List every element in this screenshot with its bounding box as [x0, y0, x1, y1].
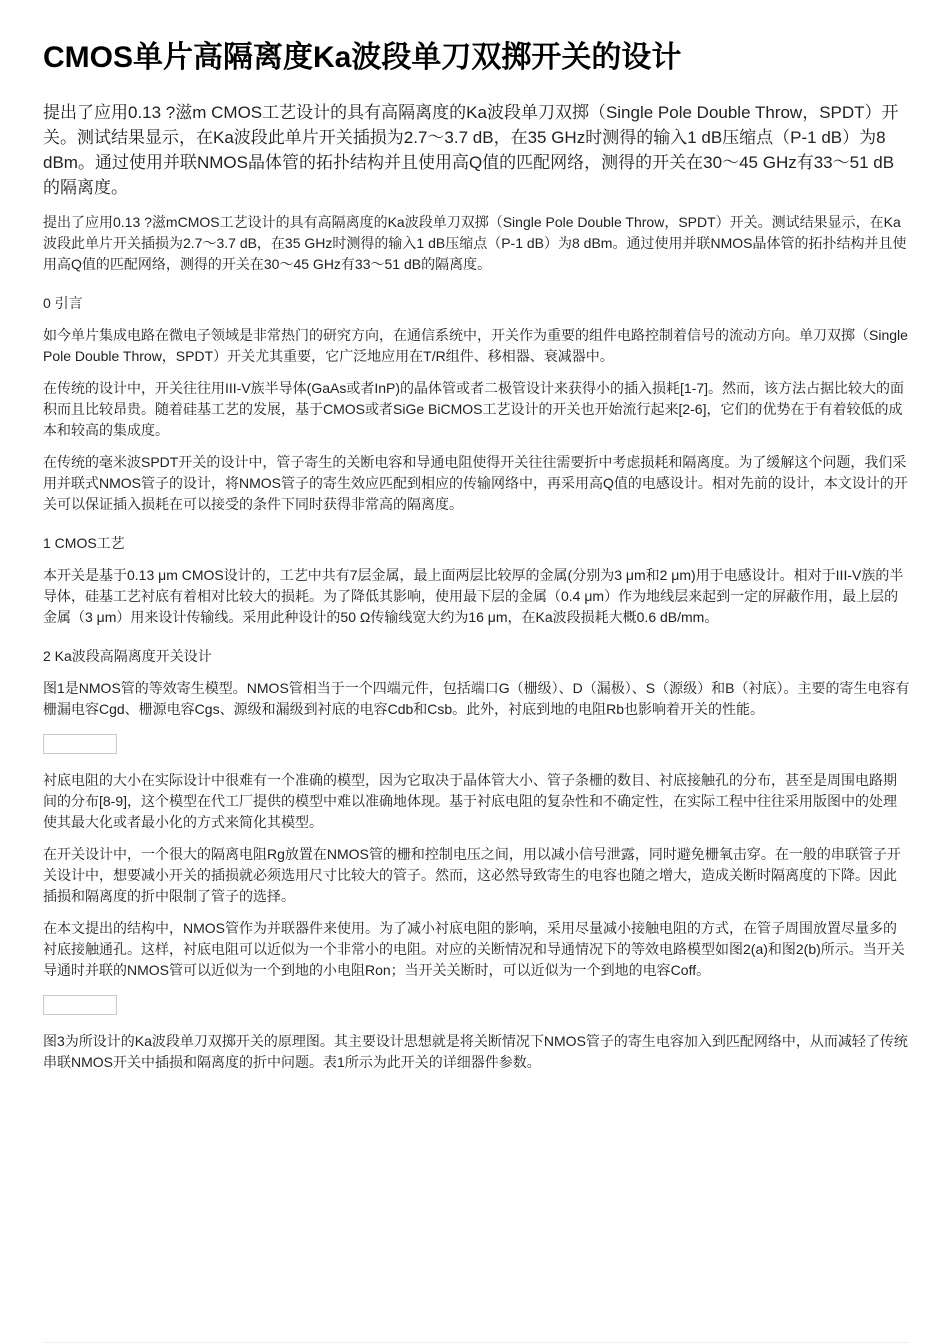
- section-heading-switch-design: 2 Ka波段高隔离度开关设计: [43, 646, 910, 667]
- figure2-image-placeholder: [43, 995, 117, 1015]
- table-top-edge-hint: [43, 1342, 910, 1343]
- paragraph-intro-1: 如今单片集成电路在微电子领域是非常热门的研究方向，在通信系统中，开关作为重要的组…: [43, 325, 910, 367]
- paragraph-switch-design-1: 图1是NMOS管的等效寄生模型。NMOS管相当于一个四端元件，包括端口G（栅级）…: [43, 678, 910, 720]
- figure1-image-placeholder: [43, 734, 117, 754]
- paragraph-intro-2: 在传统的设计中，开关往往用III-V族半导体(GaAs或者InP)的晶体管或者二…: [43, 378, 910, 441]
- paragraph-cmos-process-1: 本开关是基于0.13 μm CMOS设计的，工艺中共有7层金属，最上面两层比较厚…: [43, 565, 910, 628]
- section-heading-introduction: 0 引言: [43, 293, 910, 314]
- paragraph-switch-design-4: 在本文提出的结构中，NMOS管作为并联器件来使用。为了减小衬底电阻的影响，采用尽…: [43, 918, 910, 981]
- abstract-paragraph-small: 提出了应用0.13 ?滋mCMOS工艺设计的具有高隔离度的Ka波段单刀双掷（Si…: [43, 212, 910, 275]
- article-title: CMOS单片高隔离度Ka波段单刀双掷开关的设计: [43, 40, 910, 76]
- paragraph-switch-design-3: 在开关设计中，一个很大的隔离电阻Rg放置在NMOS管的栅和控制电压之间，用以减小…: [43, 844, 910, 907]
- paragraph-intro-3: 在传统的毫米波SPDT开关的设计中，管子寄生的关断电容和导通电阻使得开关往往需要…: [43, 452, 910, 515]
- paragraph-switch-design-5: 图3为所设计的Ka波段单刀双掷开关的原理图。其主要设计思想就是将关断情况下NMO…: [43, 1031, 910, 1073]
- section-heading-cmos-process: 1 CMOS工艺: [43, 533, 910, 554]
- abstract-paragraph-large: 提出了应用0.13 ?滋m CMOS工艺设计的具有高隔离度的Ka波段单刀双掷（S…: [43, 100, 910, 200]
- article-page: CMOS单片高隔离度Ka波段单刀双掷开关的设计 提出了应用0.13 ?滋m CM…: [0, 0, 950, 1073]
- paragraph-switch-design-2: 衬底电阻的大小在实际设计中很难有一个准确的模型，因为它取决于晶体管大小、管子条栅…: [43, 770, 910, 833]
